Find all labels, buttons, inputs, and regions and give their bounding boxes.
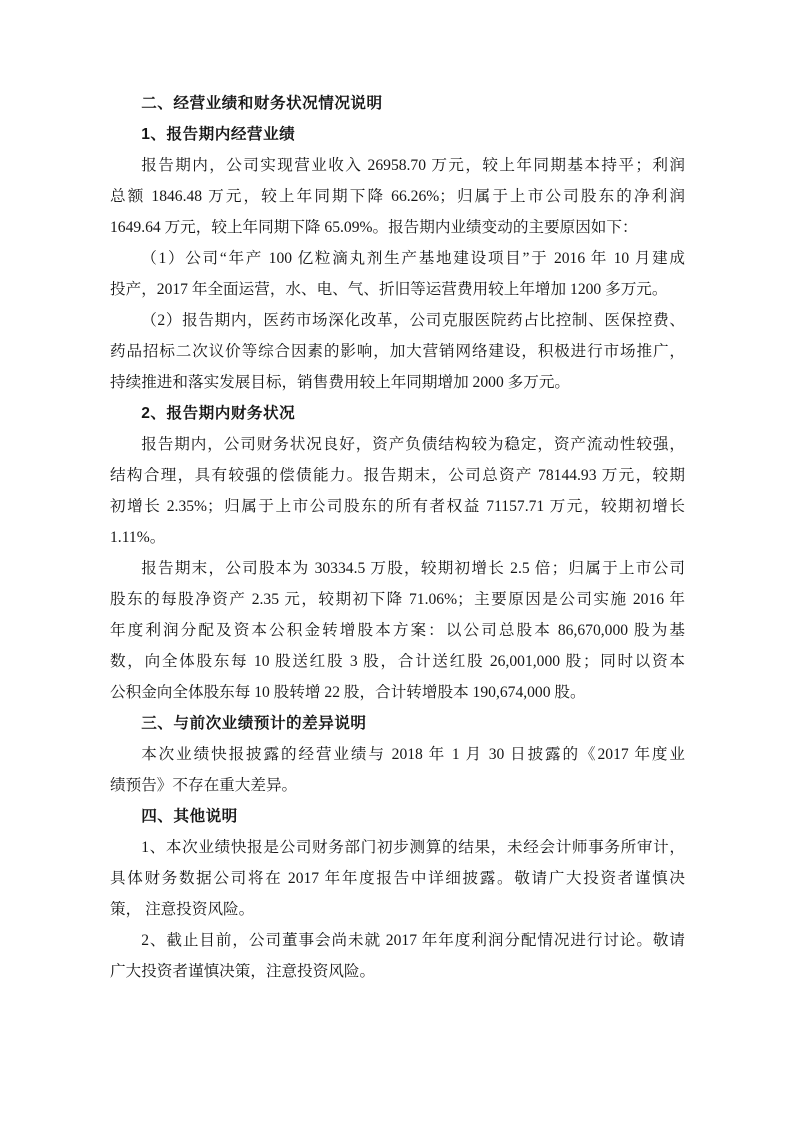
paragraph-line: 1.11%。: [110, 522, 685, 553]
paragraph-difference: 本次业绩快报披露的经营业绩与 2018 年 1 月 30 日披露的《2017 年…: [110, 739, 685, 801]
paragraph-line: 报告期末，公司股本为 30334.5 万股，较期初增长 2.5 倍；归属于上市公…: [110, 553, 685, 584]
subsection-heading-2: 2、报告期内财务状况: [110, 398, 685, 429]
paragraph-line: 投产，2017 年全面运营，水、电、气、折旧等运营费用较上年增加 1200 多万…: [110, 274, 685, 305]
paragraph-financial-status-2: 报告期末，公司股本为 30334.5 万股，较期初增长 2.5 倍；归属于上市公…: [110, 553, 685, 708]
paragraph-operating-results: 报告期内，公司实现营业收入 26958.70 万元，较上年同期基本持平；利润 总…: [110, 150, 685, 243]
document-page: 二、经营业绩和财务状况情况说明 1、报告期内经营业绩 报告期内，公司实现营业收入…: [0, 0, 793, 1122]
paragraph-line: 持续推进和落实发展目标，销售费用较上年同期增加 2000 多万元。: [110, 367, 685, 398]
paragraph-line: 结构合理，具有较强的偿债能力。报告期末，公司总资产 78144.93 万元，较期: [110, 460, 685, 491]
paragraph-line: 数，向全体股东每 10 股送红股 3 股，合计送红股 26,001,000 股；…: [110, 646, 685, 677]
paragraph-line: 报告期内，公司财务状况良好，资产负债结构较为稳定，资产流动性较强，: [110, 429, 685, 460]
paragraph-line: （2）报告期内，医药市场深化改革，公司克服医院药占比控制、医保控费、: [110, 305, 685, 336]
paragraph-line: （1）公司“年产 100 亿粒滴丸剂生产基地建设项目”于 2016 年 10 月…: [110, 243, 685, 274]
paragraph-line: 初增长 2.35%；归属于上市公司股东的所有者权益 71157.71 万元，较期…: [110, 491, 685, 522]
section-heading-4: 四、其他说明: [110, 801, 685, 832]
section-heading-3: 三、与前次业绩预计的差异说明: [110, 708, 685, 739]
paragraph-line: 广大投资者谨慎决策，注意投资风险。: [110, 956, 685, 987]
paragraph-line: 报告期内，公司实现营业收入 26958.70 万元，较上年同期基本持平；利润: [110, 150, 685, 181]
paragraph-reason-1: （1）公司“年产 100 亿粒滴丸剂生产基地建设项目”于 2016 年 10 月…: [110, 243, 685, 305]
paragraph-reason-2: （2）报告期内，医药市场深化改革，公司克服医院药占比控制、医保控费、 药品招标二…: [110, 305, 685, 398]
paragraph-line: 股东的每股净资产 2.35 元，较期初下降 71.06%；主要原因是公司实施 2…: [110, 584, 685, 615]
paragraph-line: 本次业绩快报披露的经营业绩与 2018 年 1 月 30 日披露的《2017 年…: [110, 739, 685, 770]
paragraph-line: 1、本次业绩快报是公司财务部门初步测算的结果，未经会计师事务所审计，: [110, 832, 685, 863]
paragraph-line: 2、截止目前，公司董事会尚未就 2017 年年度利润分配情况进行讨论。敬请: [110, 925, 685, 956]
paragraph-line: 策， 注意投资风险。: [110, 894, 685, 925]
paragraph-line: 年度利润分配及资本公积金转增股本方案：以公司总股本 86,670,000 股为基: [110, 615, 685, 646]
paragraph-financial-status-1: 报告期内，公司财务状况良好，资产负债结构较为稳定，资产流动性较强， 结构合理，具…: [110, 429, 685, 553]
paragraph-line: 药品招标二次议价等综合因素的影响，加大营销网络建设，积极进行市场推广，: [110, 336, 685, 367]
paragraph-other-2: 2、截止目前，公司董事会尚未就 2017 年年度利润分配情况进行讨论。敬请 广大…: [110, 925, 685, 987]
paragraph-other-1: 1、本次业绩快报是公司财务部门初步测算的结果，未经会计师事务所审计， 具体财务数…: [110, 832, 685, 925]
subsection-heading-1: 1、报告期内经营业绩: [110, 119, 685, 150]
section-heading-2: 二、经营业绩和财务状况情况说明: [110, 88, 685, 119]
paragraph-line: 绩预告》不存在重大差异。: [110, 770, 685, 801]
paragraph-line: 1649.64 万元，较上年同期下降 65.09%。报告期内业绩变动的主要原因如…: [110, 212, 685, 243]
paragraph-line: 总额 1846.48 万元，较上年同期下降 66.26%；归属于上市公司股东的净…: [110, 181, 685, 212]
document-content: 二、经营业绩和财务状况情况说明 1、报告期内经营业绩 报告期内，公司实现营业收入…: [110, 88, 685, 987]
paragraph-line: 具体财务数据公司将在 2017 年年度报告中详细披露。敬请广大投资者谨慎决: [110, 863, 685, 894]
paragraph-line: 公积金向全体股东每 10 股转增 22 股，合计转增股本 190,674,000…: [110, 677, 685, 708]
